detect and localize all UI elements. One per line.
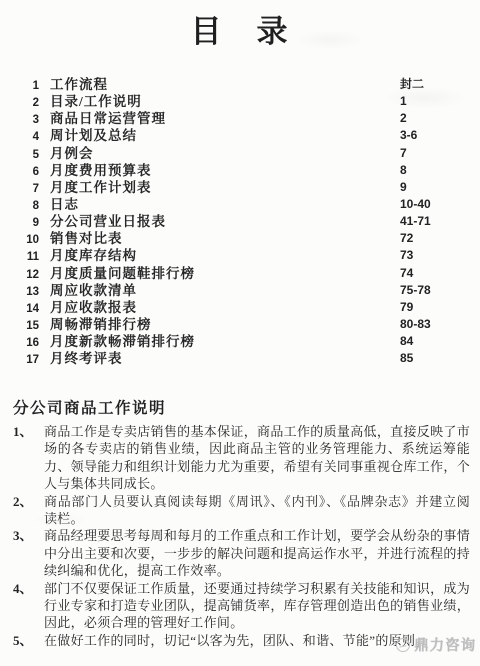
toc-item: 5 月例会 7 [0,145,480,162]
toc-item-label: 销售对比表 [50,230,123,247]
toc-item-label: 工作流程 [50,76,108,93]
watermark-text: 鼎力咨询 [414,634,476,655]
toc-item: 15 周畅滞销排行榜 80-83 [0,316,480,333]
page-title: 目 录 [0,6,480,51]
toc-item: 8 日志 10-40 [0,196,480,213]
toc-item: 12 月度质量问题鞋排行榜 74 [0,265,480,282]
paragraph-number: 5、 [13,632,44,649]
toc-item-page: 84 [400,333,413,350]
paragraph-text: 商品经理要思考每周和每月的工作重点和工作计划，要学会从纷杂的事情中分出主要和次要… [44,527,470,579]
toc-item-label: 月度库存结构 [50,247,137,264]
paragraph-item: 3、 商品经理要思考每周和每月的工作重点和工作计划，要学会从纷杂的事情中分出主要… [13,527,470,579]
toc-item-page: 72 [400,230,413,247]
paragraph-item: 2、 商品部门人员要认真阅读每期《周讯》、《内刊》、《品牌杂志》并建立阅读栏。 [13,493,470,528]
paragraph-item: 4、 部门不仅要保证工作质量，还要通过持续学习积累有关技能和知识，成为行业专家和… [13,580,470,632]
toc-item-page: 2 [400,110,407,127]
toc-item: 4 周计划及总结 3-6 [0,127,480,144]
toc-item-page: 封二 [400,76,424,93]
toc-item-label: 月应收款报表 [50,299,137,316]
document-page: 目 录 1 工作流程 封二 2 目录/工作说明 1 3 商品日常运营管理 2 4… [0,0,480,666]
toc-item-page: 73 [400,247,413,264]
toc-item-page: 3-6 [400,127,417,144]
toc-item-label: 周应收款清单 [50,282,137,299]
paragraph-text: 部门不仅要保证工作质量，还要通过持续学习积累有关技能和知识，成为行业专家和打造专… [44,580,470,632]
paragraph-text: 商品工作是专卖店销售的基本保证，商品工作的质量高低，直接反映了市场的各专卖店的销… [44,423,470,493]
toc-item: 1 工作流程 封二 [0,76,480,93]
paragraph-number: 2、 [13,493,44,510]
toc-item-label: 月度质量问题鞋排行榜 [50,265,195,282]
toc-item-label: 月度费用预算表 [50,162,152,179]
paragraph-number: 4、 [13,580,44,597]
toc-item: 7 月度工作计划表 9 [0,179,480,196]
toc-item-label: 周畅滞销排行榜 [50,316,152,333]
toc-item: 13 周应收款清单 75-78 [0,282,480,299]
paragraph-number: 1、 [13,423,44,440]
toc-item-page: 75-78 [400,282,431,299]
toc-item-label: 商品日常运营管理 [50,110,166,127]
toc-item-page: 1 [400,93,407,110]
toc-item-page: 41-71 [400,213,431,230]
paragraph-list: 1、 商品工作是专卖店销售的基本保证，商品工作的质量高低，直接反映了市场的各专卖… [13,423,470,649]
toc-item-page: 7 [400,145,407,162]
watermark: 鼎力咨询 [396,634,476,655]
toc-item: 16 月度新款畅滞销排行榜 84 [0,333,480,350]
toc-item-label: 月例会 [50,145,94,162]
paragraph-text: 商品部门人员要认真阅读每期《周讯》、《内刊》、《品牌杂志》并建立阅读栏。 [44,493,470,528]
paragraph-item: 1、 商品工作是专卖店销售的基本保证，商品工作的质量高低，直接反映了市场的各专卖… [13,423,470,493]
toc-list: 1 工作流程 封二 2 目录/工作说明 1 3 商品日常运营管理 2 4 周计划… [0,76,480,367]
toc-item-label: 月终考评表 [50,350,123,367]
toc-item: 3 商品日常运营管理 2 [0,110,480,127]
toc-item: 6 月度费用预算表 8 [0,162,480,179]
toc-item-label: 周计划及总结 [50,127,137,144]
toc-item-page: 80-83 [400,316,431,333]
toc-item-page: 9 [400,179,407,196]
toc-item-label: 日志 [50,196,79,213]
toc-item: 17 月终考评表 85 [0,350,480,367]
toc-item: 10 销售对比表 72 [0,230,480,247]
toc-item-number: 17 [0,352,39,369]
toc-item: 14 月应收款报表 79 [0,299,480,316]
toc-item-page: 79 [400,299,413,316]
toc-item-page: 10-40 [400,196,431,213]
section-heading: 分公司商品工作说明 [13,396,166,418]
toc-item: 11 月度库存结构 73 [0,247,480,264]
toc-item-label: 分公司营业日报表 [50,213,166,230]
dingli-logo-icon [396,638,410,652]
toc-item-label: 月度工作计划表 [50,179,152,196]
toc-item: 9 分公司营业日报表 41-71 [0,213,480,230]
toc-item-label: 月度新款畅滞销排行榜 [50,333,195,350]
toc-item: 2 目录/工作说明 1 [0,93,480,110]
toc-item-page: 85 [400,350,413,367]
toc-item-page: 74 [400,265,413,282]
toc-item-label: 目录/工作说明 [50,93,142,110]
paragraph-number: 3、 [13,527,44,544]
toc-item-page: 8 [400,162,407,179]
